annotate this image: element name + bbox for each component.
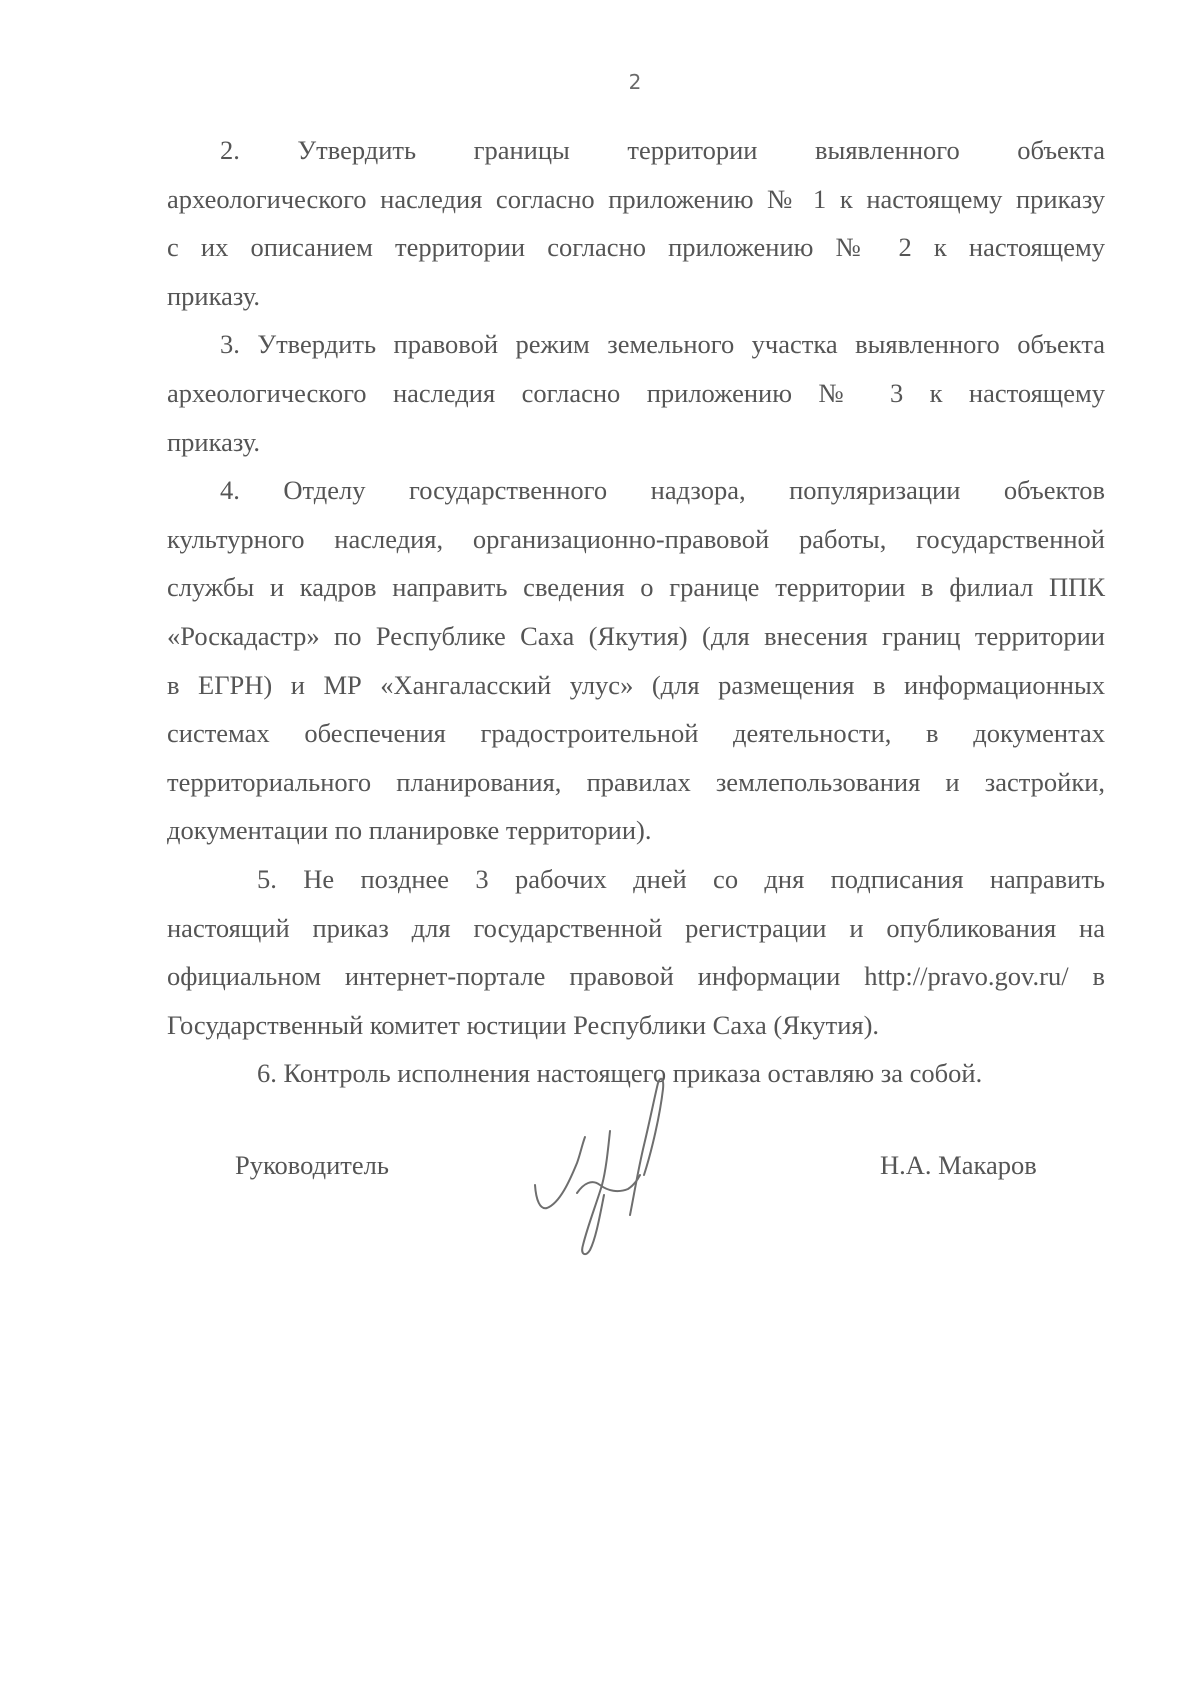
signer-name: Н.А. Макаров (880, 1148, 1037, 1182)
paragraph-3-line-3: приказу. (167, 425, 1105, 459)
paragraph-2-line-3: с их описанием территории согласно прило… (167, 230, 1105, 264)
paragraph-4-line-8: документации по планировке территории). (167, 813, 1105, 847)
paragraph-4-line-4: «Роскадастр» по Республике Саха (Якутия)… (167, 619, 1105, 653)
paragraph-4-line-3: службы и кадров направить сведения о гра… (167, 570, 1105, 604)
paragraph-3-line-1: 3. Утвердить правовой режим земельного у… (220, 327, 1105, 361)
paragraph-5-line-2: настоящий приказ для государственной рег… (167, 911, 1105, 945)
document-page: 2 2. Утвердить границы территории выявле… (0, 0, 1200, 1698)
paragraph-3-line-2: археологического наследия согласно прило… (167, 376, 1105, 410)
paragraph-4-line-7: территориального планирования, правилах … (167, 765, 1105, 799)
paragraph-2-line-2: археологического наследия согласно прило… (167, 182, 1105, 216)
paragraph-4-line-5: в ЕГРН) и МР «Хангаласский улус» (для ра… (167, 668, 1105, 702)
paragraph-5-line-1: 5. Не позднее 3 рабочих дней со дня подп… (257, 862, 1105, 896)
handwritten-signature-icon (520, 1075, 680, 1260)
paragraph-5-line-3: официальном интернет-портале правовой ин… (167, 959, 1105, 993)
paragraph-4-line-6: системах обеспечения градостроительной д… (167, 716, 1105, 750)
page-number: 2 (620, 70, 650, 94)
paragraph-2-line-4: приказу. (167, 279, 1105, 313)
paragraph-4-line-2: культурного наследия, организационно-пра… (167, 522, 1105, 556)
paragraph-4-line-1: 4. Отделу государственного надзора, попу… (220, 473, 1105, 507)
paragraph-5-line-4: Государственный комитет юстиции Республи… (167, 1008, 1105, 1042)
signer-position-title: Руководитель (235, 1148, 389, 1182)
paragraph-6-line-1: 6. Контроль исполнения настоящего приказ… (257, 1056, 1105, 1090)
paragraph-2-line-1: 2. Утвердить границы территории выявленн… (220, 133, 1105, 167)
